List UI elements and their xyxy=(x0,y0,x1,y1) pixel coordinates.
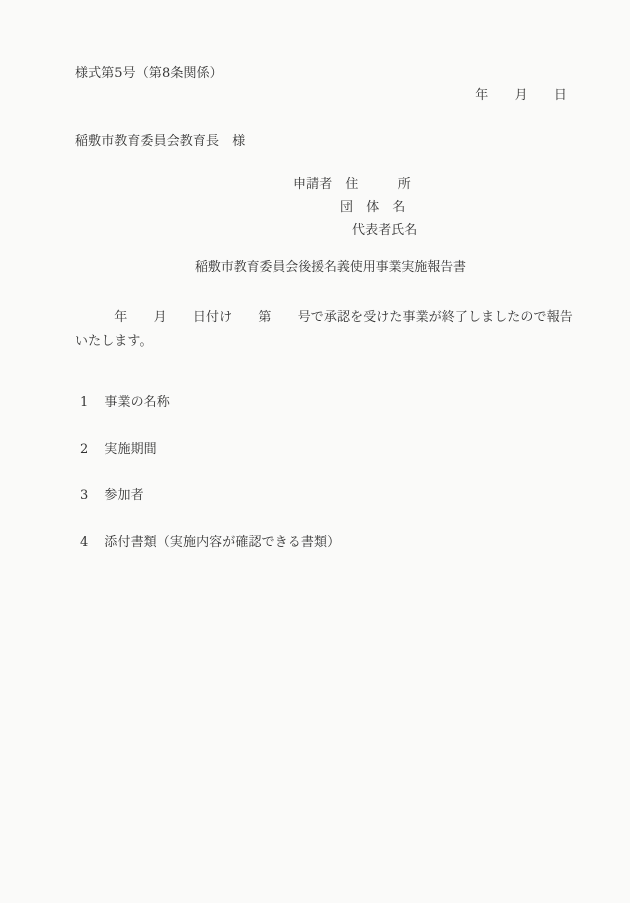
item-label: 実施期間 xyxy=(104,442,156,458)
item-label: 事業の名称 xyxy=(104,395,170,411)
document-page: 様式第5号（第8条関係） 年 月 日 稲敷市教育委員会教育長 様 申請者 住 所… xyxy=(0,0,630,903)
applicant-organization-line: 団 体 名 xyxy=(340,200,406,216)
item-number: 1 xyxy=(80,395,88,411)
item-label: 参加者 xyxy=(104,488,143,504)
date-blank-line: 年 月 日 xyxy=(475,88,567,104)
list-item-4: 4 添付書類（実施内容が確認できる書類） xyxy=(80,535,340,551)
document-title: 稲敷市教育委員会後援名義使用事業実施報告書 xyxy=(195,260,466,276)
applicant-address-line: 申請者 住 所 xyxy=(293,177,411,193)
list-item-1: 1 事業の名称 xyxy=(80,395,170,411)
body-paragraph-line-1: 年 月 日付け 第 号で承認を受けた事業が終了しましたので報告 xyxy=(75,310,573,326)
applicant-representative-line: 代表者氏名 xyxy=(352,223,418,239)
addressee-line: 稲敷市教育委員会教育長 様 xyxy=(75,134,245,150)
list-item-3: 3 参加者 xyxy=(80,488,144,504)
body-paragraph-line-2: いたします。 xyxy=(75,334,153,350)
list-item-2: 2 実施期間 xyxy=(80,442,157,458)
item-number: 3 xyxy=(80,488,88,504)
item-number: 4 xyxy=(80,535,88,551)
form-number: 様式第5号（第8条関係） xyxy=(75,66,223,82)
item-number: 2 xyxy=(80,442,88,458)
item-label: 添付書類（実施内容が確認できる書類） xyxy=(104,535,340,551)
